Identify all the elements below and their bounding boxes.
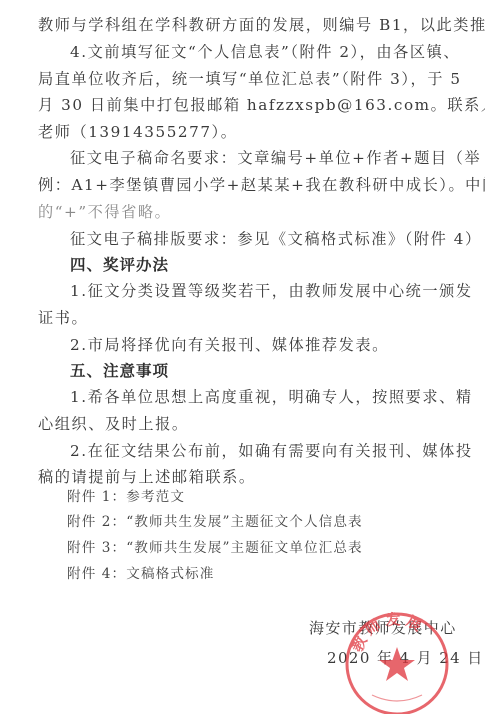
star-icon [379,647,415,681]
paragraph-line: 例：A1+李堡镇曹园小学+赵某某+我在教科研中成长）。中间 [38,174,450,196]
paragraph-line: 征文电子稿命名要求：文章编号+单位+作者+题目（举 [70,147,482,169]
attachment-item: 附件 2：“教师共生发展”主题征文个人信息表 [67,511,479,533]
paragraph-line: 2.市局将择优向有关报刊、媒体推荐发表。 [70,334,482,356]
paragraph-line: 4.文前填写征文“个人信息表”（附件 2），由各区镇、 [70,41,482,63]
paragraph-line: 局直单位收齐后，统一填写“单位汇总表”（附件 3），于 5 [38,68,450,90]
attachment-item: 附件 1：参考范文 [67,486,479,508]
paragraph-line: 2.在征文结果公布前，如确有需要向有关报刊、媒体投 [70,440,482,462]
paragraph-line: 月 30 日前集中打包报邮箱 hafzzxspb@163.com。联系人：戴 [38,94,450,116]
paragraph-line: 稿的请提前与上述邮箱联系。 [38,466,450,488]
paragraph-line: 心组织、及时上报。 [38,413,450,435]
svg-text:教师发展: 教师发展 [348,611,428,655]
paragraph-line: 征文电子稿排版要求：参见《文稿格式标准》（附件 4） [70,228,482,250]
paragraph-line: 1.征文分类设置等级奖若干，由教师发展中心统一颁发 [70,280,482,302]
paragraph-line: 1.希各单位思想上高度重视，明确专人，按照要求、精 [70,386,482,408]
document-page: 教师与学科组在学科教研方面的发展，则编号 B1，以此类推。 4.文前填写征文“个… [0,0,485,714]
section-heading-awards: 四、奖评办法 [70,254,482,276]
official-seal-icon: 教师发展 [344,611,450,714]
paragraph-line: 教师与学科组在学科教研方面的发展，则编号 B1，以此类推。 [38,14,450,36]
attachment-item: 附件 4：文稿格式标准 [67,563,479,585]
seal-text: 教师发展 [348,611,428,655]
paragraph-line: 老师（13914355277）。 [38,121,450,143]
section-heading-notes: 五、注意事项 [70,360,482,382]
paragraph-line: 证书。 [38,307,450,329]
paragraph-line: 的“+”不得省略。 [38,201,450,223]
attachment-item: 附件 3：“教师共生发展”主题征文单位汇总表 [67,537,479,559]
